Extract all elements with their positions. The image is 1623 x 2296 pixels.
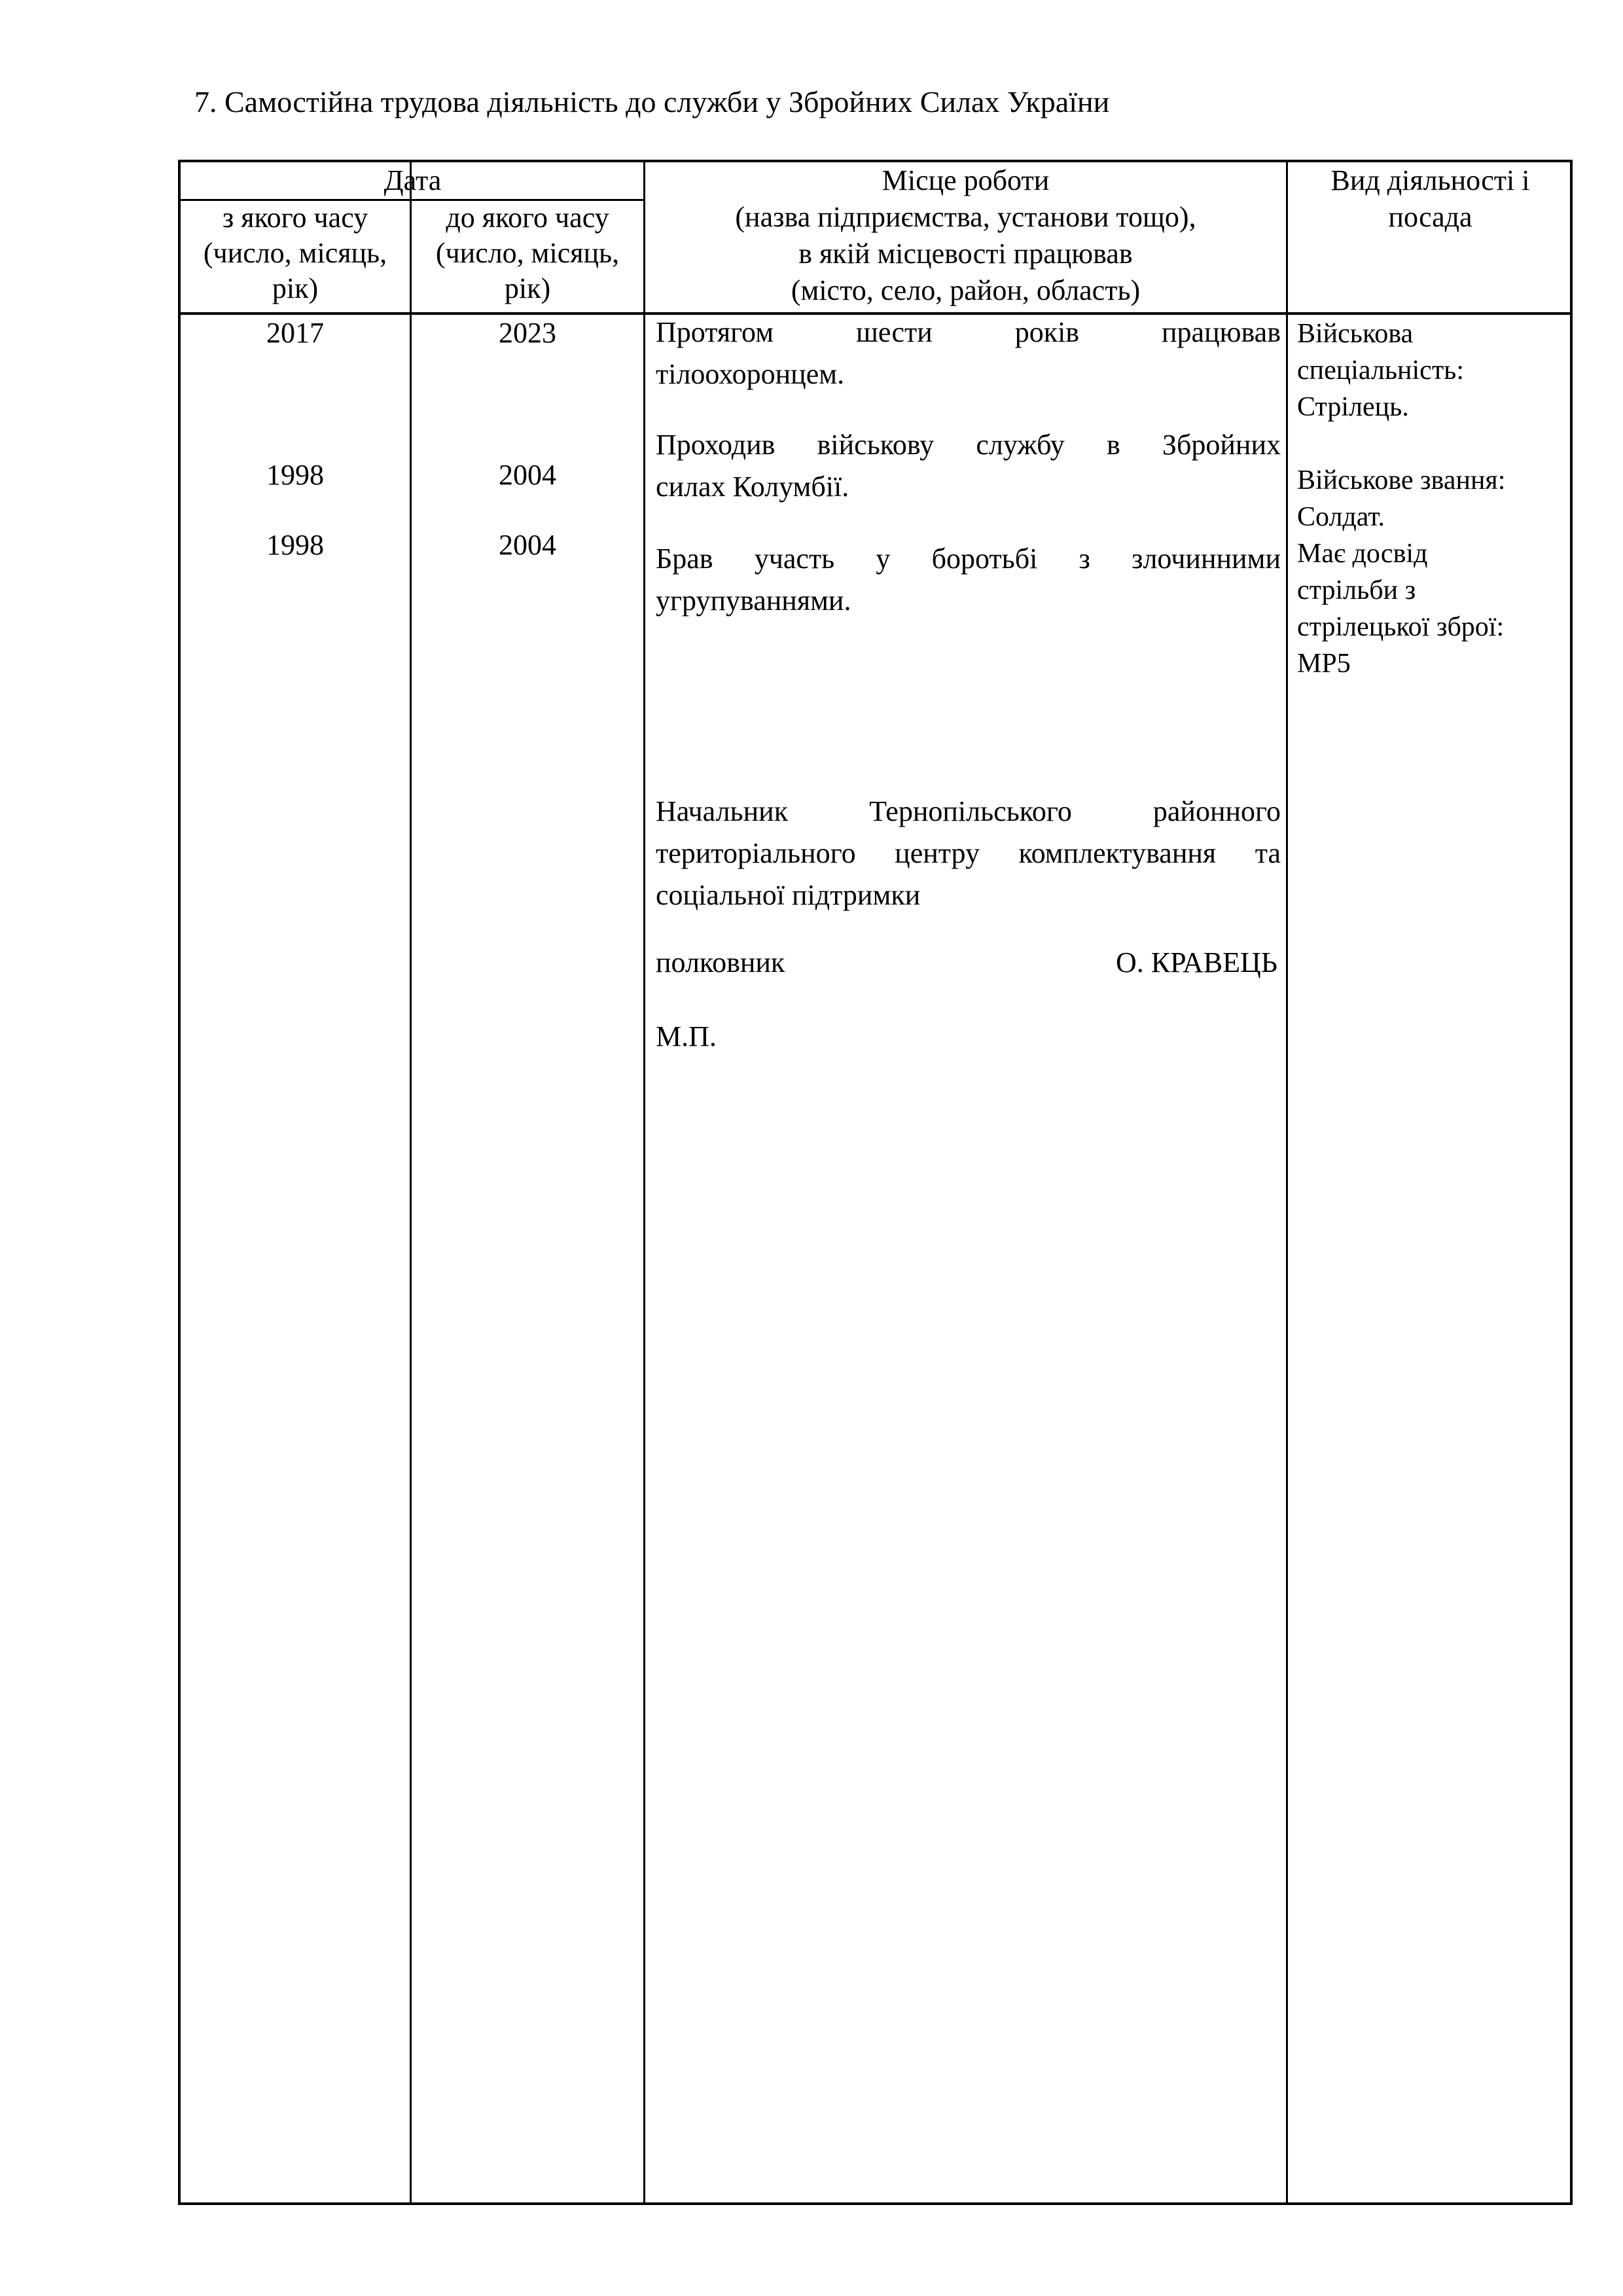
activity-line: Стрілець.: [1297, 389, 1572, 425]
activity-line: Військова: [1297, 315, 1572, 352]
signature-row: полковник О. КРАВЕЦЬ: [656, 944, 1277, 981]
activity-line: Солдат.: [1297, 499, 1572, 535]
signature-name: О. КРАВЕЦЬ: [1116, 944, 1277, 981]
activity-line: стрільби з: [1297, 572, 1572, 609]
signature-position-line: Начальник Тернопільського районного: [656, 791, 1281, 833]
activity-line: спеціальність:: [1297, 352, 1572, 389]
activity-details: Військова спеціальність: Стрілець. Війсь…: [1297, 315, 1572, 682]
header-date-label: Дата: [384, 164, 442, 196]
header-activity: Вид діяльності і посада: [1288, 162, 1573, 236]
row-1-place-line: Протягом шести років працював: [656, 312, 1281, 353]
row-2-place-line: силах Колумбії.: [656, 466, 1281, 508]
header-from-line: з якого часу: [181, 200, 410, 236]
header-date: Дата: [181, 162, 645, 199]
header-to-line: до якого часу: [412, 200, 643, 236]
header-to-line: (число, місяць,: [412, 236, 643, 271]
header-place-line: (місто, село, район, область): [645, 272, 1286, 309]
signature-position: Начальник Тернопільського районного тери…: [656, 791, 1281, 916]
activity-line: Військове звання:: [1297, 462, 1572, 499]
row-1-place-line: тілоохоронцем.: [656, 353, 1281, 395]
activity-line: [1297, 425, 1572, 462]
activity-line: MP5: [1297, 645, 1572, 682]
row-1-place: Протягом шести років працював тілоохорон…: [656, 312, 1281, 395]
row-1-from: 2017: [181, 315, 410, 351]
row-1-to: 2023: [412, 315, 643, 351]
header-place-line: (назва підприємства, установи тощо),: [645, 199, 1286, 236]
row-3-place-line: Брав участь у боротьбі з злочинними: [656, 538, 1281, 580]
header-to-line: рік): [412, 271, 643, 306]
row-3-place: Брав участь у боротьбі з злочинними угру…: [656, 538, 1281, 622]
header-place-line: Місце роботи: [645, 162, 1286, 199]
header-from-line: рік): [181, 271, 410, 306]
row-3-place-line: угрупуваннями.: [656, 580, 1281, 622]
signature-position-line: територіального центру комплектування та: [656, 833, 1281, 874]
header-from-line: (число, місяць,: [181, 236, 410, 271]
activity-line: стрілецької зброї:: [1297, 609, 1572, 645]
header-place: Місце роботи (назва підприємства, устано…: [645, 162, 1286, 309]
header-activity-line: посада: [1288, 199, 1573, 236]
row-3-from: 1998: [181, 527, 410, 564]
section-title: 7. Самостійна трудова діяльність до служ…: [194, 84, 1109, 120]
row-2-place-line: Проходив військову службу в Збройних: [656, 424, 1281, 466]
work-history-table: Дата з якого часу (число, місяць, рік) д…: [178, 160, 1573, 2205]
row-2-place: Проходив військову службу в Збройних сил…: [656, 424, 1281, 508]
row-2-to: 2004: [412, 457, 643, 493]
header-activity-line: Вид діяльності і: [1288, 162, 1573, 199]
header-place-line: в якій місцевості працював: [645, 236, 1286, 272]
header-from: з якого часу (число, місяць, рік): [181, 200, 410, 306]
col-divider-3: [1286, 162, 1288, 2202]
col-divider-2: [643, 162, 645, 2202]
row-2-from: 1998: [181, 457, 410, 493]
row-3-to: 2004: [412, 527, 643, 564]
signature-rank: полковник: [656, 944, 785, 981]
signature-position-line: соціальної підтримки: [656, 874, 1281, 916]
header-to: до якого часу (число, місяць, рік): [412, 200, 643, 306]
activity-line: Має досвід: [1297, 535, 1572, 572]
stamp-label: М.П.: [656, 1018, 717, 1055]
stamp-row: М.П.: [656, 1018, 1277, 1055]
